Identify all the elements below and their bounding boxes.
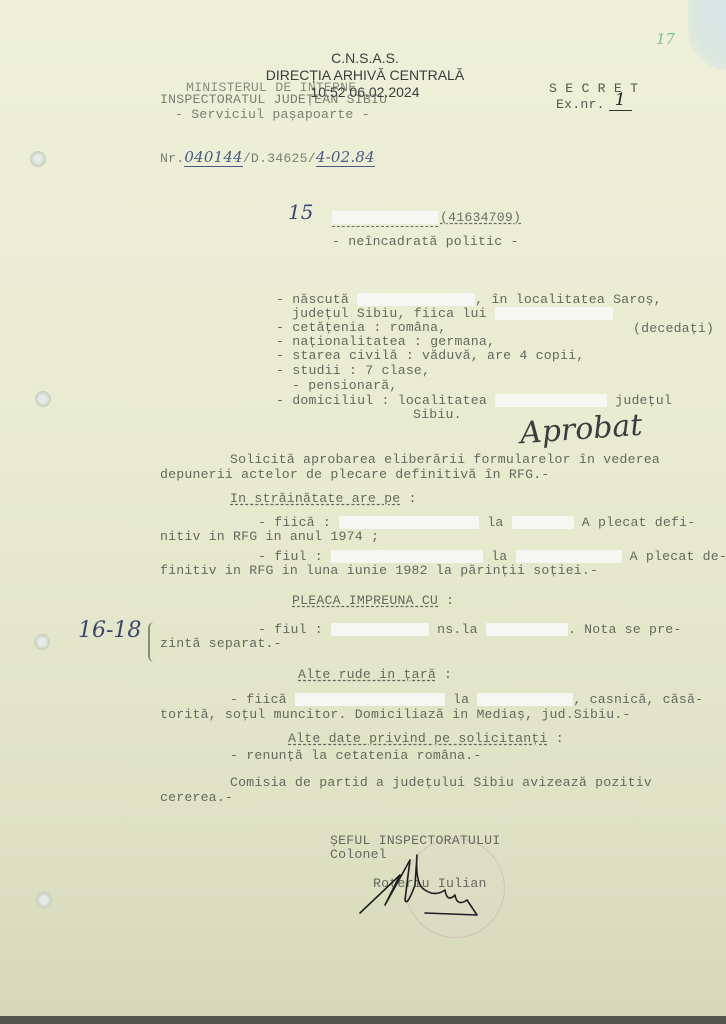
abroad-daughter-line2: nitiv in RFG in anul 1974 ; — [160, 529, 379, 544]
domicile-county: Sibiu. — [413, 407, 462, 422]
heading-colon: : — [400, 491, 416, 506]
heading-colon: : — [548, 731, 564, 746]
nationality-line: - naționalitatea : germana, — [276, 334, 495, 349]
occupation-line: - pensionară, — [292, 378, 397, 393]
studies-line: - studii : 7 clase, — [276, 363, 430, 378]
relatives-heading-text: Alte rude in țară — [298, 667, 436, 682]
redacted-son-date — [516, 550, 622, 563]
civil-status-line: - starea civilă : văduvă, are 4 copii, — [276, 348, 584, 363]
daughter-suffix: A plecat defi- — [582, 515, 696, 530]
daughter-la: la — [453, 692, 469, 707]
redacted-parents — [495, 307, 613, 320]
born-line: - născută , în localitatea Saroș, — [276, 292, 662, 307]
ref-file: /D.34625/ — [243, 151, 316, 166]
leaving-with-heading: PLEACA IMPREUNA CU : — [292, 593, 454, 608]
redacted-son-birthdate — [486, 623, 568, 636]
son-prefix: - fiul : — [258, 622, 323, 637]
service-line: - Serviciul pașapoarte - — [175, 107, 370, 122]
reference-number: Nr.040144/D.34625/4-02.84 — [160, 150, 375, 166]
request-line1: Solicită aprobarea eliberării formularel… — [230, 452, 660, 467]
ref-number-handwritten: 040144 — [184, 148, 242, 167]
abroad-daughter-line1: - fiică : la A plecat defi- — [258, 515, 695, 530]
redacted-daughter-birthdate — [477, 693, 573, 706]
archive-stamp: C.N.S.A.S. DIRECȚIA ARHIVĂ CENTRALĂ 10:5… — [255, 50, 475, 101]
page-number-annotation: 17 — [656, 30, 675, 48]
son-prefix: - fiul : — [258, 549, 323, 564]
leaving-son-line1: - fiul : ns.la . Nota se pre- — [258, 622, 681, 637]
born-prefix: - născută — [276, 292, 349, 307]
redacted-daughter-date — [512, 516, 574, 529]
archive-stamp-timestamp: 10:52 06.02.2024 — [255, 84, 475, 101]
daughter-suffix: , casnică, căsă- — [573, 692, 703, 707]
other-data-heading: Alte date privind pe solicitanți : — [288, 731, 564, 746]
domicile-line: - domiciliul : localitatea județul — [276, 393, 672, 408]
margin-numbers-leaving: 16-18 — [78, 618, 141, 643]
domicile-prefix: - domiciliul : localitatea — [276, 393, 487, 408]
other-data-heading-text: Alte date privind pe solicitanți — [288, 731, 548, 746]
redacted-daughter-name — [295, 693, 445, 706]
son-born: ns.la — [437, 622, 478, 637]
ref-date-handwritten: 4-02.84 — [316, 148, 375, 167]
abroad-heading: In străinătate are pe : — [230, 491, 417, 506]
archive-stamp-line2: DIRECȚIA ARHIVĂ CENTRALĂ — [255, 67, 475, 84]
relatives-daughter-line1: - fiică la , casnică, căsă- — [230, 692, 703, 707]
handwritten-signature — [355, 845, 485, 920]
punch-hole — [34, 634, 50, 650]
county-text: județul Sibiu, fiica lui — [292, 306, 487, 321]
page-bottom-edge — [0, 1016, 726, 1024]
punch-hole — [30, 151, 46, 167]
punch-hole — [36, 892, 52, 908]
leaving-son-line2: zintă separat.- — [160, 636, 282, 651]
son-suffix: A plecat de- — [630, 549, 726, 564]
relatives-daughter-line2: torită, soțul muncitor. Domiciliază in M… — [160, 707, 631, 722]
heading-colon: : — [436, 667, 452, 682]
born-suffix: , în localitatea Saroș, — [475, 292, 662, 307]
son-suffix: . Nota se pre- — [568, 622, 682, 637]
ref-prefix: Nr. — [160, 151, 184, 166]
redacted-daughter-name — [339, 516, 479, 529]
redacted-locality — [495, 394, 607, 407]
redacted-son-name — [331, 623, 429, 636]
relatives-heading: Alte rude in țară : — [298, 667, 452, 682]
party-commission-line1: Comisia de partid a județului Sibiu aviz… — [230, 775, 652, 790]
abroad-heading-text: In străinătate are pe — [230, 491, 400, 506]
margin-bracket — [148, 622, 156, 662]
leaving-with-heading-text: PLEACA IMPREUNA CU — [292, 593, 438, 608]
punch-hole — [35, 391, 51, 407]
copy-number: 1 — [609, 90, 632, 111]
daughter-prefix: - fiică : — [258, 515, 331, 530]
abroad-son-line1: - fiul : la A plecat de- — [258, 549, 726, 564]
margin-number-subject: 15 — [288, 200, 313, 224]
son-la: la — [491, 549, 507, 564]
request-line2: depunerii actelor de plecare definitivă … — [160, 467, 549, 482]
redacted-son-name — [331, 550, 483, 563]
other-data-item: - renunță la cetatenia româna.- — [230, 748, 482, 763]
copy-number-field: Ex.nr.1 — [556, 96, 628, 112]
daughter-prefix: - fiică — [230, 692, 287, 707]
copy-label: Ex.nr. — [556, 97, 605, 112]
county-line: județul Sibiu, fiica lui — [292, 306, 613, 321]
citizenship-line: - cetățenia : româna, — [276, 320, 446, 335]
heading-colon: : — [438, 593, 454, 608]
parents-status: (decedați) — [633, 321, 714, 336]
party-commission-line2: cererea.- — [160, 790, 233, 805]
abroad-son-line2: finitiv in RFG in luna iunie 1982 la păr… — [160, 563, 598, 578]
political-status: - neîncadrată politic - — [332, 234, 519, 249]
subject-id: (41634709) — [440, 210, 521, 225]
daughter-la: la — [487, 515, 503, 530]
archive-stamp-line1: C.N.S.A.S. — [255, 50, 475, 67]
redacted-birthdate — [357, 293, 475, 306]
domicile-suffix: județul — [615, 393, 672, 408]
name-underline — [332, 212, 438, 227]
